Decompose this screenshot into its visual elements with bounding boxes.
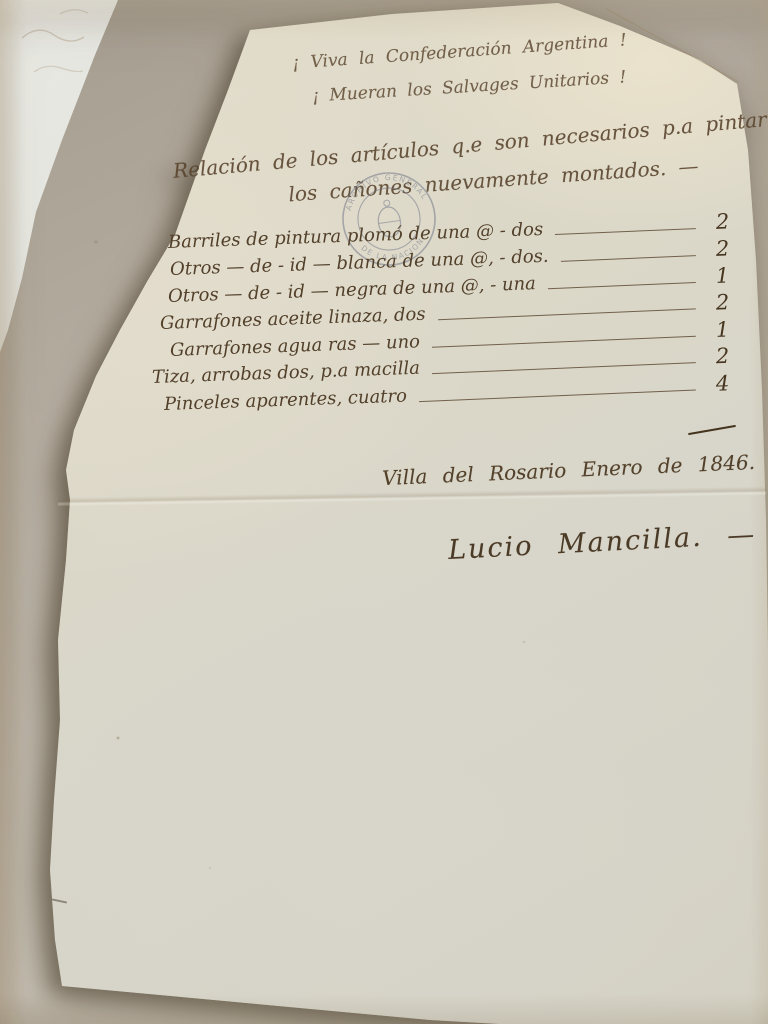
leader-line [419,389,696,402]
item-text: Pinceles aparentes, cuatro [164,386,408,415]
leader-line [555,228,696,235]
manuscript-sheet: ¡ Viva la Confederación Argentina ! ¡ Mu… [0,0,768,1024]
item-quantity: 2 [705,236,740,261]
leader-line [548,282,696,289]
item-quantity: 2 [705,290,740,315]
supply-list: Barriles de pintura plomó de una @ - dos… [152,229,740,418]
item-quantity: 1 [705,263,740,288]
item-quantity: 2 [705,343,740,368]
item-quantity: 1 [705,317,740,342]
leader-line [432,362,696,374]
leader-line [561,255,696,262]
item-quantity: 4 [705,371,740,396]
item-quantity: 2 [705,209,740,234]
leader-line [438,308,696,320]
photo-of-manuscript: ¡ Viva la Confederación Argentina ! ¡ Mu… [0,0,768,1024]
